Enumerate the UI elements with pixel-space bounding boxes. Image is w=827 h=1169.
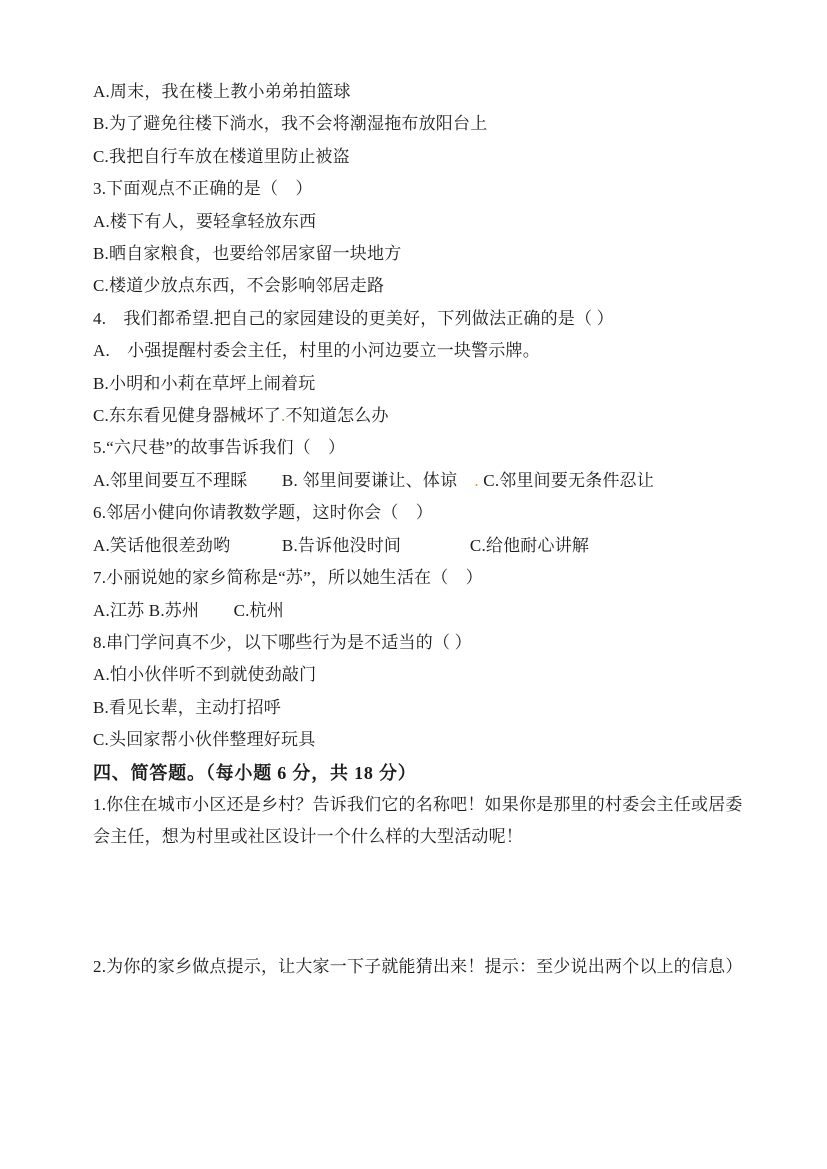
text-line: A.江苏 B.苏州 C.杭州 (93, 595, 753, 627)
text-line: 7.小丽说她的家乡简称是“苏”，所以她生活在（ ） (93, 562, 753, 594)
blank-line (93, 854, 753, 886)
text-line: 5.“六尺巷”的故事告诉我们（ ） (93, 432, 753, 464)
text-segment: A.邻里间要互不理睬 B. 邻里间要谦让、体谅 (93, 471, 457, 490)
text-line: B.为了避免往楼下淌水，我不会将潮湿拖布放阳台上 (93, 108, 753, 140)
text-line: C.我把自行车放在楼道里防止被盗 (93, 141, 753, 173)
text-line: A.楼下有人，要轻拿轻放东西 (93, 206, 753, 238)
text-line: C.东东看见健身器械坏了.不知道怎么办 (93, 400, 753, 432)
text-line: A.笑话他很差劲哟 B.告诉他没时间 C.给他耐心讲解 (93, 530, 753, 562)
text-line: 1.你住在城市小区还是乡村？告诉我们它的名称吧！如果你是那里的村委会主任或居委 (93, 789, 753, 821)
text-line: C.楼道少放点东西，不会影响邻居走路 (93, 270, 753, 302)
text-line: 会主任，想为村里或社区设计一个什么样的大型活动呢！ (93, 821, 753, 853)
text-line: B.看见长辈，主动打招呼 (93, 692, 753, 724)
artifact-dot: . (457, 471, 479, 490)
text-line: 6.邻居小健向你请教数学题，这时你会（ ） (93, 497, 753, 529)
text-line: A.邻里间要互不理睬 B. 邻里间要谦让、体谅 . C.邻里间要无条件忍让 (93, 465, 753, 497)
text-line: 3.下面观点不正确的是（ ） (93, 173, 753, 205)
text-line: A.周末，我在楼上教小弟弟拍篮球 (93, 76, 753, 108)
blank-line (93, 919, 753, 951)
text-line: A.怕小伙伴听不到就使劲敲门 (93, 659, 753, 691)
blank-line (93, 886, 753, 918)
text-line: 4. 我们都希望.把自己的家园建设的更美好，下列做法正确的是（ ） (93, 303, 753, 335)
text-line: 四、简答题。（每小题 6 分，共 18 分） (93, 757, 753, 789)
text-line: A. 小强提醒村委会主任，村里的小河边要立一块警示牌。 (93, 335, 753, 367)
text-line: B.小明和小莉在草坪上闹着玩 (93, 368, 753, 400)
text-segment: C.东东看见健身器械坏了 (93, 406, 281, 425)
text-line: C.头回家帮小伙伴整理好玩具 (93, 724, 753, 756)
text-line: 8.串门学问真不少，以下哪些行为是不适当的（ ） (93, 627, 753, 659)
exam-body: A.周末，我在楼上教小弟弟拍篮球B.为了避免往楼下淌水，我不会将潮湿拖布放阳台上… (93, 76, 753, 983)
text-segment: C.邻里间要无条件忍让 (479, 471, 654, 490)
document-page: A.周末，我在楼上教小弟弟拍篮球B.为了避免往楼下淌水，我不会将潮湿拖布放阳台上… (0, 0, 827, 1169)
text-line: 2.为你的家乡做点提示，让大家一下子就能猜出来！提示：至少说出两个以上的信息） (93, 951, 753, 983)
text-segment: 不知道怎么办 (285, 406, 388, 425)
text-line: B.晒自家粮食，也要给邻居家留一块地方 (93, 238, 753, 270)
